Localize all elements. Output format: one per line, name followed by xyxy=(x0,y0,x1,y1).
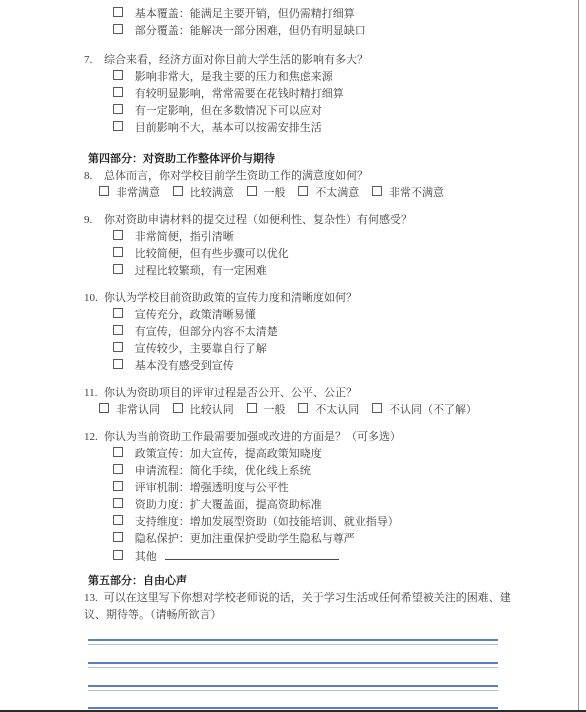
question-12: 12.你认为当前资助工作最需要加强或改进的方面是？（可多选） 政策宣传：加大宣传… xyxy=(0,429,586,565)
checkbox-icon[interactable] xyxy=(113,24,123,34)
checkbox-icon[interactable] xyxy=(113,264,123,274)
option-row: 基本覆盖：能满足主要开销，但仍需精打细算 xyxy=(0,6,586,23)
option-label: 政策宣传：加大宣传，提高政策知晓度 xyxy=(135,448,322,460)
option-inline: 非常满意 xyxy=(99,187,160,199)
option-label: 支持维度：增加发展型资助（如技能培训、就业指导） xyxy=(135,516,399,528)
option-row: 有一定影响，但在多数情况下可以应对 xyxy=(0,103,586,120)
question-row: 11.你认为资助项目的评审过程是否公开、公平、公正？ xyxy=(0,385,586,402)
option-label: 申请流程：简化手续，优化线上系统 xyxy=(135,465,311,477)
checkbox-icon[interactable] xyxy=(99,403,109,413)
option-row: 申请流程：简化手续，优化线上系统 xyxy=(0,463,586,480)
checkbox-icon[interactable] xyxy=(113,447,123,457)
answer-line-3[interactable] xyxy=(88,685,498,690)
question-number: 11. xyxy=(84,385,104,402)
question-row: 10.你认为学校目前资助政策的宣传力度和清晰度如何？ xyxy=(0,290,586,307)
section-5-header: 第五部分：自由心声 xyxy=(0,573,586,590)
question-11: 11.你认为资助项目的评审过程是否公开、公平、公正？ 非常认同 比较认同 一般 … xyxy=(0,385,586,419)
option-row: 影响非常大，是我主要的压力和焦虑来源 xyxy=(0,69,586,86)
option-label: 有宣传，但部分内容不太清楚 xyxy=(135,326,278,338)
question-text: 你认为学校目前资助政策的宣传力度和清晰度如何？ xyxy=(104,292,357,304)
option-row: 有较明显影响，常常需要在花钱时精打细算 xyxy=(0,86,586,103)
option-label: 基本覆盖：能满足主要开销，但仍需精打细算 xyxy=(135,8,355,20)
question-10: 10.你认为学校目前资助政策的宣传力度和清晰度如何？ 宣传充分，政策清晰易懂 有… xyxy=(0,290,586,375)
checkbox-icon[interactable] xyxy=(113,342,123,352)
option-row: 有宣传，但部分内容不太清楚 xyxy=(0,324,586,341)
checkbox-icon[interactable] xyxy=(113,498,123,508)
checkbox-icon[interactable] xyxy=(298,186,308,196)
section-4-header: 第四部分：对资助工作整体评价与期待 xyxy=(0,151,586,168)
checkbox-icon[interactable] xyxy=(113,464,123,474)
option-row: 部分覆盖：能解决一部分困难，但仍有明显缺口 xyxy=(0,23,586,40)
question-row: 9.你对资助申请材料的提交过程（如便利性、复杂性）有何感受？ xyxy=(0,212,586,229)
question-text: 你认为资助项目的评审过程是否公开、公平、公正？ xyxy=(104,387,357,399)
option-label: 部分覆盖：能解决一部分困难，但仍有明显缺口 xyxy=(135,25,366,37)
option-label: 资助力度：扩大覆盖面，提高资助标准 xyxy=(135,499,322,511)
option-label: 不太满意 xyxy=(315,187,359,199)
option-inline: 比较认同 xyxy=(173,404,234,416)
option-label: 隐私保护：更加注重保护受助学生隐私与尊严 xyxy=(135,533,355,545)
option-label: 评审机制：增强透明度与公平性 xyxy=(135,482,289,494)
question-8: 8.总体而言，你对学校目前学生资助工作的满意度如何？ 非常满意 比较满意 一般 … xyxy=(0,168,586,202)
option-row: 目前影响不大，基本可以按需安排生活 xyxy=(0,120,586,137)
option-label: 非常满意 xyxy=(116,187,160,199)
option-row: 基本没有感受到宣传 xyxy=(0,358,586,375)
option-row: 比较简便，但有些步骤可以优化 xyxy=(0,246,586,263)
question-text: 综合来看，经济方面对你目前大学生活的影响有多大？ xyxy=(104,54,368,66)
option-label: 目前影响不大，基本可以按需安排生活 xyxy=(135,122,322,134)
option-inline: 比较满意 xyxy=(173,187,234,199)
option-inline: 非常不满意 xyxy=(372,187,444,199)
checkbox-icon[interactable] xyxy=(113,532,123,542)
question-text: 可以在这里写下你想对学校老师说的话，关于学习生活或任何希望被关注的困难、建议、期… xyxy=(84,592,511,621)
option-label: 影响非常大，是我主要的压力和焦虑来源 xyxy=(135,71,333,83)
checkbox-icon[interactable] xyxy=(247,186,257,196)
checkbox-icon[interactable] xyxy=(113,70,123,80)
question-text: 总体而言，你对学校目前学生资助工作的满意度如何？ xyxy=(104,170,368,182)
checkbox-icon[interactable] xyxy=(372,403,382,413)
option-label: 其他 xyxy=(135,551,157,563)
question-7: 7.综合来看，经济方面对你目前大学生活的影响有多大？ 影响非常大，是我主要的压力… xyxy=(0,52,586,137)
checkbox-icon[interactable] xyxy=(173,186,183,196)
option-inline: 一般 xyxy=(247,187,286,199)
checkbox-icon[interactable] xyxy=(113,247,123,257)
option-row: 评审机制：增强透明度与公平性 xyxy=(0,480,586,497)
question-row: 12.你认为当前资助工作最需要加强或改进的方面是？（可多选） xyxy=(0,429,586,446)
option-row: 支持维度：增加发展型资助（如技能培训、就业指导） xyxy=(0,514,586,531)
page-right-edge xyxy=(578,0,579,712)
checkbox-icon[interactable] xyxy=(99,186,109,196)
inline-options-row: 非常认同 比较认同 一般 不太认同 不认同（不了解） xyxy=(0,402,586,419)
checkbox-icon[interactable] xyxy=(113,7,123,17)
option-row: 政策宣传：加大宣传，提高政策知晓度 xyxy=(0,446,586,463)
option-label: 基本没有感受到宣传 xyxy=(135,360,234,372)
option-inline: 一般 xyxy=(247,404,286,416)
option-row: 宣传充分，政策清晰易懂 xyxy=(0,307,586,324)
checkbox-icon[interactable] xyxy=(113,121,123,131)
checkbox-icon[interactable] xyxy=(113,550,123,560)
question-9: 9.你对资助申请材料的提交过程（如便利性、复杂性）有何感受？ 非常简便，指引清晰… xyxy=(0,212,586,280)
option-label: 比较简便，但有些步骤可以优化 xyxy=(135,248,289,260)
checkbox-icon[interactable] xyxy=(113,104,123,114)
question-text: 你认为当前资助工作最需要加强或改进的方面是？（可多选） xyxy=(104,431,401,443)
option-label: 不太认同 xyxy=(315,404,359,416)
question-13: 13.可以在这里写下你想对学校老师说的话，关于学习生活或任何希望被关注的困难、建… xyxy=(84,590,526,624)
checkbox-icon[interactable] xyxy=(113,308,123,318)
question-row: 8.总体而言，你对学校目前学生资助工作的满意度如何？ xyxy=(0,168,586,185)
inline-options-row: 非常满意 比较满意 一般 不太满意 非常不满意 xyxy=(0,185,586,202)
option-label: 宣传较少，主要靠自行了解 xyxy=(135,343,267,355)
option-label: 有较明显影响，常常需要在花钱时精打细算 xyxy=(135,88,344,100)
survey-document-page: 基本覆盖：能满足主要开销，但仍需精打细算 部分覆盖：能解决一部分困难，但仍有明显… xyxy=(0,0,586,712)
checkbox-icon[interactable] xyxy=(372,186,382,196)
question-number: 12. xyxy=(84,429,104,446)
question-number: 10. xyxy=(84,290,104,307)
option-label: 非常不满意 xyxy=(389,187,444,199)
option-row: 资助力度：扩大覆盖面，提高资助标准 xyxy=(0,497,586,514)
checkbox-icon[interactable] xyxy=(113,87,123,97)
question-number: 9. xyxy=(84,212,104,229)
option-label: 有一定影响，但在多数情况下可以应对 xyxy=(135,105,322,117)
checkbox-icon[interactable] xyxy=(173,403,183,413)
option-label: 不认同（不了解） xyxy=(389,404,477,416)
question-number: 7. xyxy=(84,52,104,69)
option-label: 非常认同 xyxy=(116,404,160,416)
checkbox-icon[interactable] xyxy=(247,403,257,413)
option-label: 一般 xyxy=(264,187,286,199)
option-row: 宣传较少，主要靠自行了解 xyxy=(0,341,586,358)
option-row-other: 其他 xyxy=(0,548,586,565)
checkbox-icon[interactable] xyxy=(298,403,308,413)
checkbox-icon[interactable] xyxy=(113,325,123,335)
question-number: 8. xyxy=(84,168,104,185)
question-text: 你对资助申请材料的提交过程（如便利性、复杂性）有何感受？ xyxy=(104,214,412,226)
answer-line-2[interactable] xyxy=(88,662,498,667)
option-row: 隐私保护：更加注重保护受助学生隐私与尊严 xyxy=(0,531,586,548)
option-label: 比较满意 xyxy=(190,187,234,199)
option-inline: 不认同（不了解） xyxy=(372,404,477,416)
document-content: 基本覆盖：能满足主要开销，但仍需精打细算 部分覆盖：能解决一部分困难，但仍有明显… xyxy=(0,6,586,624)
checkbox-icon[interactable] xyxy=(113,359,123,369)
option-label: 非常简便，指引清晰 xyxy=(135,231,234,243)
answer-line-1[interactable] xyxy=(88,639,498,644)
question-number: 13. xyxy=(84,590,98,607)
checkbox-icon[interactable] xyxy=(113,515,123,525)
option-label: 比较认同 xyxy=(190,404,234,416)
option-inline: 不太认同 xyxy=(298,404,359,416)
checkbox-icon[interactable] xyxy=(113,481,123,491)
other-blank-line[interactable] xyxy=(165,548,339,560)
option-label: 一般 xyxy=(264,404,286,416)
option-label: 宣传充分，政策清晰易懂 xyxy=(135,309,256,321)
option-inline: 非常认同 xyxy=(99,404,160,416)
option-row: 过程比较繁琐，有一定困难 xyxy=(0,263,586,280)
question-row: 7.综合来看，经济方面对你目前大学生活的影响有多大？ xyxy=(0,52,586,69)
option-label: 过程比较繁琐，有一定困难 xyxy=(135,265,267,277)
option-row: 非常简便，指引清晰 xyxy=(0,229,586,246)
checkbox-icon[interactable] xyxy=(113,230,123,240)
option-inline: 不太满意 xyxy=(298,187,359,199)
